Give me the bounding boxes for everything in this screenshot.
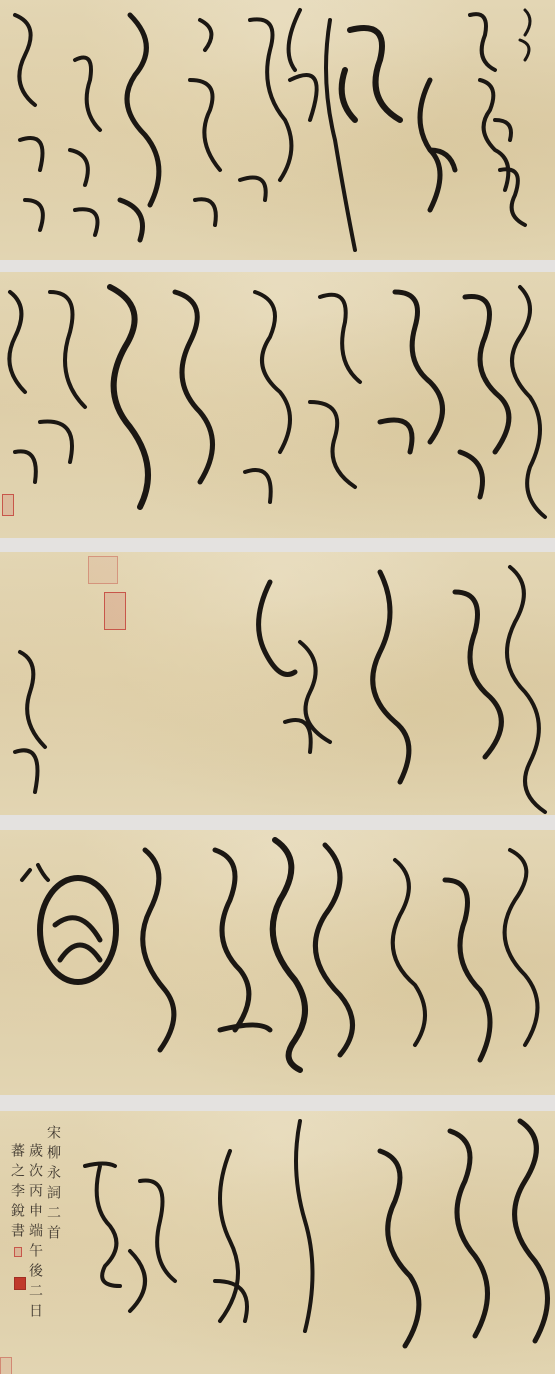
inscription-line2: 歲次丙申端午後二日 xyxy=(26,1143,44,1323)
calligraphy-brushwork-3 xyxy=(0,552,555,815)
calligraphy-brushwork-4 xyxy=(0,830,555,1095)
scroll-panel-3 xyxy=(0,552,555,815)
calligraphy-brushwork-5 xyxy=(0,1111,555,1374)
seal-signature-small xyxy=(14,1247,22,1257)
inscription-signature: 蕃之李銳書 xyxy=(8,1143,26,1243)
seal-panel3-upper xyxy=(88,556,118,584)
seal-panel3-lower xyxy=(104,592,126,630)
scroll-panel-2 xyxy=(0,272,555,538)
seal-panel5-bottom-left xyxy=(0,1357,12,1374)
scroll-panel-1 xyxy=(0,0,555,260)
inscription-line1: 宋柳永詞二首 xyxy=(44,1125,62,1245)
calligraphy-brushwork-1 xyxy=(0,0,555,260)
seal-panel2-bottom-left xyxy=(2,494,14,516)
calligraphy-brushwork-2 xyxy=(0,272,555,538)
seal-signature-square xyxy=(14,1277,26,1290)
scroll-panel-5: 宋柳永詞二首 歲次丙申端午後二日 蕃之李銳書 xyxy=(0,1111,555,1374)
scroll-panel-4 xyxy=(0,830,555,1095)
